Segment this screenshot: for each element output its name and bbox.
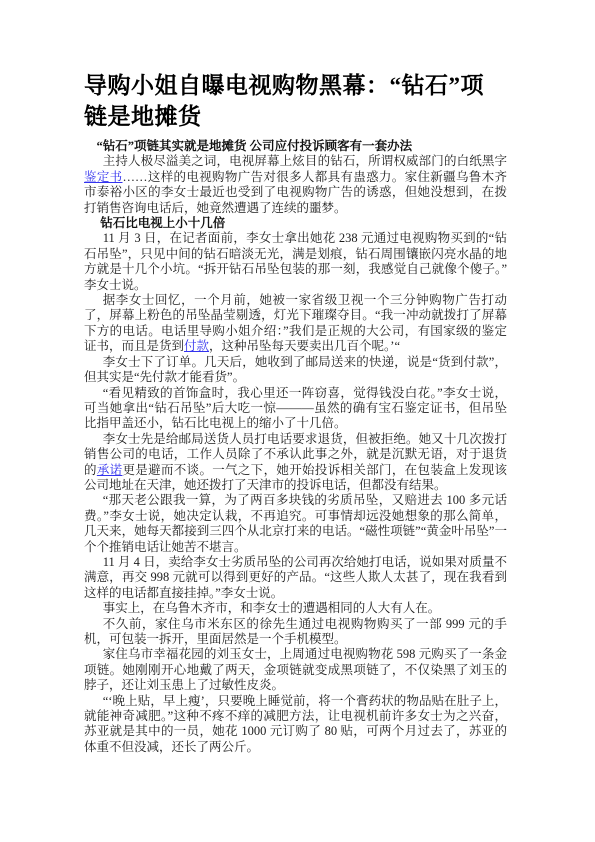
paragraph: 11 月 4 日，卖给李女士劣质吊坠的公司再次给她打电话，说如果对质量不满意，再… (84, 555, 507, 601)
paragraph: 主持人极尽溢美之词，电视屏幕上炫目的钻石，所谓权威部门的白纸黑字鉴定书……这样的… (84, 154, 507, 216)
text-run: 李女士下了订单。几天后，她收到了邮局送来的快递，说是“货到付款”，但其实是“先付… (84, 355, 507, 384)
text-run: 事实上，在乌鲁木齐市，和李女士的遭遇相同的人大有人在。 (103, 601, 441, 615)
inline-link[interactable]: 承诺 (97, 463, 123, 477)
inline-link[interactable]: 鉴定书 (84, 170, 123, 184)
text-run: “‘晚上贴，早上瘦’，只要晚上睡觉前，将一个膏药状的物品贴在肚子上，就能神奇减肥… (84, 694, 507, 754)
text-run: 11 月 4 日，卖给李女士劣质吊坠的公司再次给她打电话，说如果对质量不满意，再… (84, 555, 507, 600)
paragraph: “那天老公跟我一算，为了两百多块钱的劣质吊坠，又赔进去 100 多元话费。”李女… (84, 493, 507, 555)
text-run: 11 月 3 日，在记者面前，李女士拿出她花 238 元通过电视购物买到的“钻石… (84, 231, 507, 291)
text-run: ，这种吊坠每天要卖出几百个呢。’“ (209, 339, 400, 353)
article-subtitle: “钻石”项链其实就是地摊货 公司应付投诉顾客有一套办法 (84, 139, 507, 154)
document-page: 导购小姐自曝电视购物黑幕：“钻石”项链是地摊货 “钻石”项链其实就是地摊货 公司… (0, 0, 595, 842)
text-run: 主持人极尽溢美之词，电视屏幕上炫目的钻石，所谓权威部门的白纸黑字 (103, 154, 507, 168)
paragraph: 李女士先是给邮局送货人员打电话要求退货，但被拒绝。她又十几次拨打销售公司的电话，… (84, 432, 507, 494)
paragraph: 李女士下了订单。几天后，她收到了邮局送来的快递，说是“货到付款”，但其实是“先付… (84, 355, 507, 386)
paragraph: 事实上，在乌鲁木齐市，和李女士的遭遇相同的人大有人在。 (84, 601, 507, 616)
article-title: 导购小姐自曝电视购物黑幕：“钻石”项链是地摊货 (84, 70, 507, 132)
text-run: ……这样的电视购物广告对很多人都具有蛊惑力。家住新疆乌鲁木齐市泰裕小区的李女士最… (84, 170, 507, 215)
text-run: 钻石比电视上小十几倍 (100, 216, 225, 230)
paragraph: 11 月 3 日，在记者面前，李女士拿出她花 238 元通过电视购物买到的“钻石… (84, 231, 507, 293)
paragraph: “‘晚上贴，早上瘦’，只要晚上睡觉前，将一个膏药状的物品贴在肚子上，就能神奇减肥… (84, 694, 507, 756)
paragraph: 据李女士回忆，一个月前，她被一家省级卫视一个三分钟购物广告打动了，屏幕上粉色的吊… (84, 293, 507, 355)
section-heading: 钻石比电视上小十几倍 (84, 216, 507, 231)
paragraph: 不久前，家住乌市米东区的徐先生通过电视购物购买了一部 999 元的手机，可包装一… (84, 617, 507, 648)
article-body: 主持人极尽溢美之词，电视屏幕上炫目的钻石，所谓权威部门的白纸黑字鉴定书……这样的… (84, 154, 507, 755)
text-run: 更是避而不谈。一气之下，她开始投诉相关部门，在包装盒上发现该公司地址在天津，她还… (84, 463, 507, 492)
inline-link[interactable]: 付款 (184, 339, 209, 353)
paragraph: 家住乌市幸福花园的刘玉女士，上周通过电视购物花 598 元购买了一条金项链。她刚… (84, 647, 507, 693)
text-run: “那天老公跟我一算，为了两百多块钱的劣质吊坠，又赔进去 100 多元话费。”李女… (84, 493, 507, 553)
text-run: 家住乌市幸福花园的刘玉女士，上周通过电视购物花 598 元购买了一条金项链。她刚… (84, 647, 507, 692)
text-run: “看见精致的首饰盒时，我心里还一阵窃喜，觉得钱没白花。”李女士说，可当她拿出“钻… (84, 386, 507, 431)
paragraph: “看见精致的首饰盒时，我心里还一阵窃喜，觉得钱没白花。”李女士说，可当她拿出“钻… (84, 386, 507, 432)
text-run: 不久前，家住乌市米东区的徐先生通过电视购物购买了一部 999 元的手机，可包装一… (84, 617, 507, 646)
